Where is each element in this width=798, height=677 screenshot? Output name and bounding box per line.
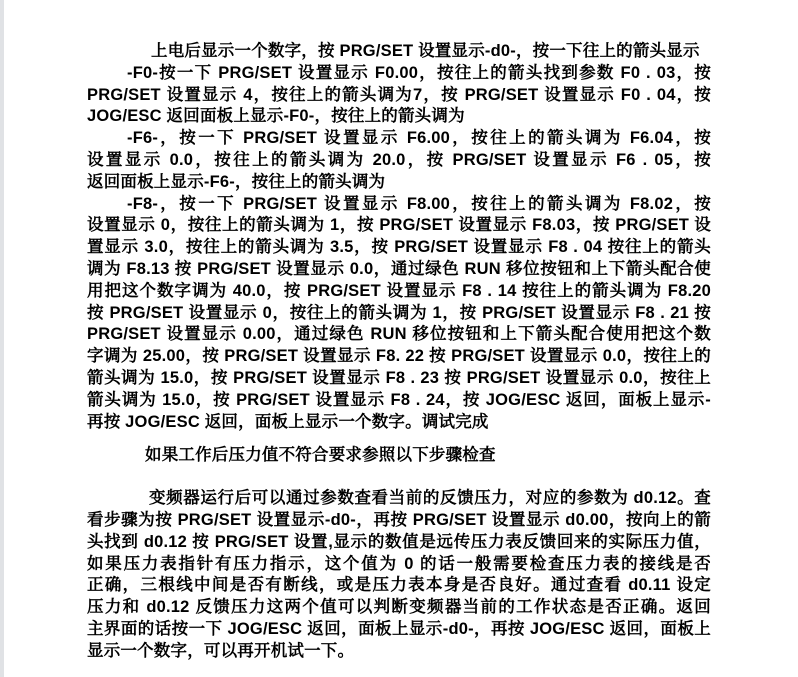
text-line: -F6-，按一下 PRG/SET 设置显示 F6.00，按往上的箭头调为 F6.… — [87, 128, 711, 150]
text-line: 正确，三根线中间是否有断线，或是压力表本身是否良好。通过查看 d0.11 设定 — [87, 575, 711, 597]
document-page: 上电后显示一个数字，按 PRG/SET 设置显示-d0-，按一下往上的箭头显示 … — [87, 41, 711, 663]
text-line: 置显示 3.0，按往上的箭头调为 3.5，按 PRG/SET 设置显示 F8 .… — [87, 237, 711, 259]
text-line: 再按 JOG/ESC 返回，面板上显示一个数字。调试完成 — [87, 412, 711, 434]
text-line: 主界面的话按一下 JOG/ESC 返回，面板上显示-d0-，再按 JOG/ESC… — [87, 619, 711, 641]
text-line: 设置显示 0，按往上的箭头调为 1，按 PRG/SET 设置显示 F8.03，按… — [87, 215, 711, 237]
text-line: PRG/SET 设置显示 0.00，通过绿色 RUN 移位按钮和上下箭头配合使用… — [87, 324, 711, 346]
text-line: 压力和 d0.12 反馈压力这两个值可以判断变频器当前的工作状态是否正确。返回 — [87, 597, 711, 619]
text-line: 设置显示 0.0，按往上的箭头调为 20.0，按 PRG/SET 设置显示 F6… — [87, 150, 711, 172]
text-line: 看步骤为按 PRG/SET 设置显示-d0-，再按 PRG/SET 设置显示 d… — [87, 510, 711, 532]
text-line: 箭头调为 15.0，按 PRG/SET 设置显示 F8 . 24，按 JOG/E… — [87, 390, 711, 412]
text-line: 显示一个数字，可以再开机试一下。 — [87, 641, 711, 663]
text-line: 上电后显示一个数字，按 PRG/SET 设置显示-d0-，按一下往上的箭头显示 — [87, 41, 711, 63]
text-line: 箭头调为 15.0，按 PRG/SET 设置显示 F8 . 23 按 PRG/S… — [87, 368, 711, 390]
text-line: -F8-，按一下 PRG/SET 设置显示 F8.00，按往上的箭头调为 F8.… — [87, 194, 711, 216]
text-line: 头找到 d0.12 按 PRG/SET 设置,显示的数值是远传压力表反馈回来的实… — [87, 532, 711, 554]
text-line: JOG/ESC 返回面板上显示-F0-，按往上的箭头调为 — [87, 106, 711, 128]
section-heading: 如果工作后压力值不符合要求参照以下步骤检查 — [87, 445, 711, 467]
text-line: 调为 F8.13 按 PRG/SET 设置显示 0.0，通过绿色 RUN 移位按… — [87, 259, 711, 281]
text-line: PRG/SET 设置显示 4，按往上的箭头调为7，按 PRG/SET 设置显示 … — [87, 85, 711, 107]
text-line: 按 PRG/SET 设置显示 0，按往上的箭头调为 1，按 PRG/SET 设置… — [87, 303, 711, 325]
text-line: 用把这个数字调为 40.0，按 PRG/SET 设置显示 F8 . 14 按往上… — [87, 281, 711, 303]
text-line: 字调为 25.00，按 PRG/SET 设置显示 F8. 22 按 PRG/SE… — [87, 346, 711, 368]
text-line: -F0-按一下 PRG/SET 设置显示 F0.00，按往上的箭头找到参数 F0… — [87, 63, 711, 85]
text-line: 返回面板上显示-F6-，按往上的箭头调为 — [87, 172, 711, 194]
text-line: 变频器运行后可以通过参数查看当前的反馈压力，对应的参数为 d0.12。查 — [87, 488, 711, 510]
text-line: 如果压力表指针有压力指示，这个值为 0 的话一般需要检查压力表的接线是否 — [87, 554, 711, 576]
page-left-edge — [0, 0, 4, 677]
